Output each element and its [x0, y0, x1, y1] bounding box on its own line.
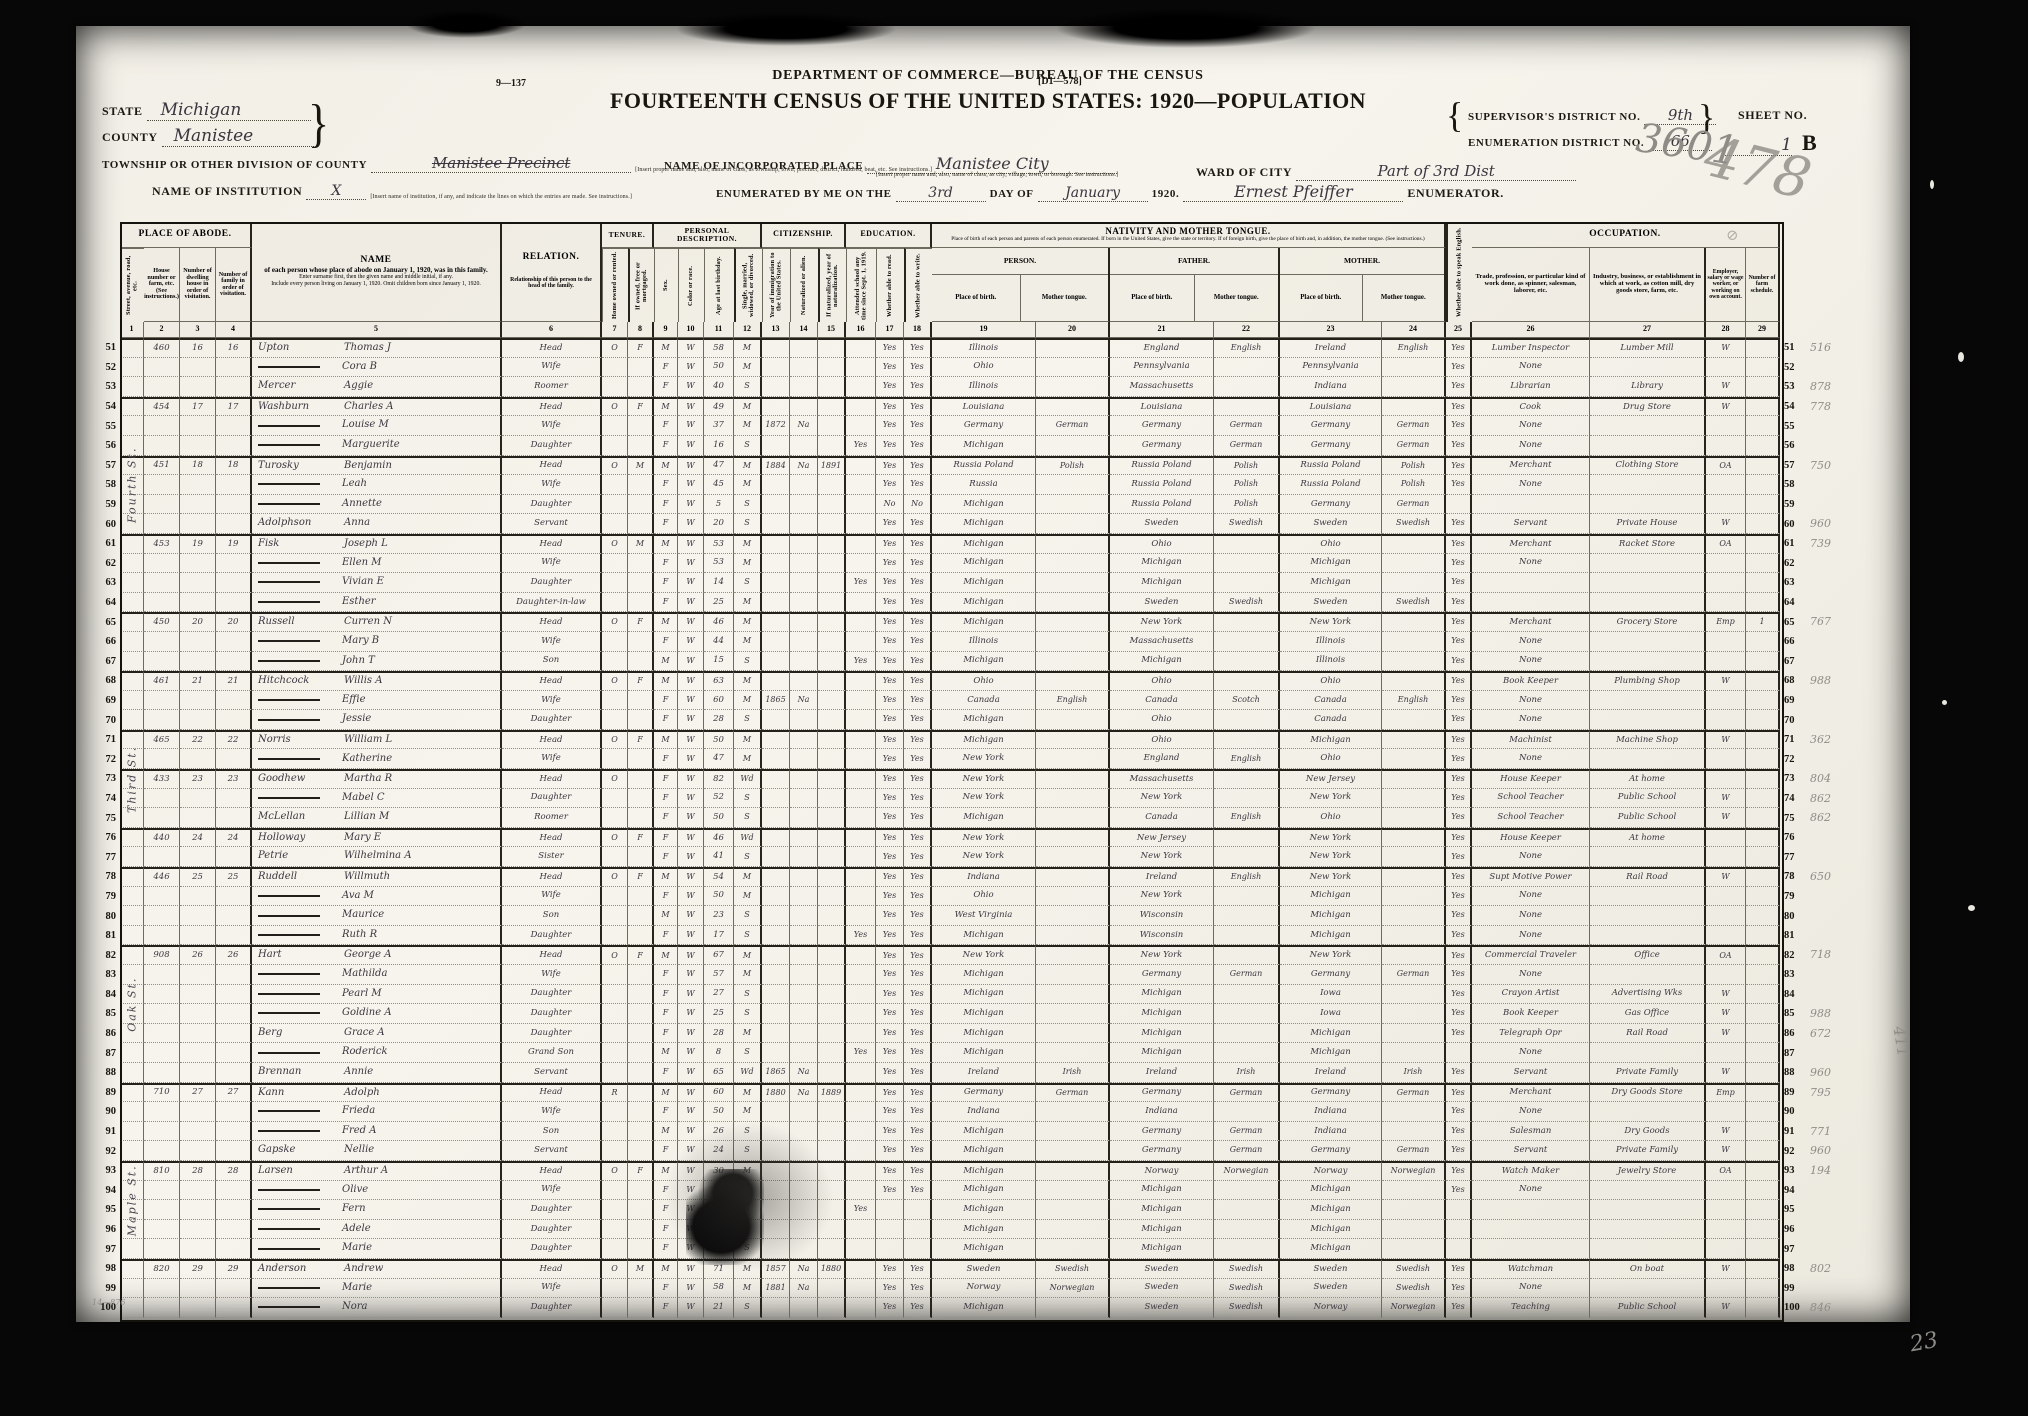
col-number-6: 6 — [502, 322, 602, 338]
cell-mortgage: M — [628, 534, 654, 554]
state-line: STATE Michigan — [102, 100, 311, 121]
cell-mortgage: F — [628, 671, 654, 691]
cell-employer-class: W — [1706, 1141, 1746, 1161]
cell-english: Yes — [1446, 397, 1472, 417]
cell-dwelling-number — [180, 1024, 216, 1044]
margin-pencil-number: 862 — [1806, 808, 1866, 828]
cell-read: Yes — [876, 456, 904, 476]
cell-school: Yes — [846, 573, 876, 593]
line-number-col-left — [96, 222, 120, 338]
cell-employer-class — [1706, 1200, 1746, 1220]
cell-nat-year — [818, 710, 846, 730]
cell-dwelling-number — [180, 475, 216, 495]
cell-mother-birthplace: Sweden — [1280, 514, 1382, 534]
line-number-left: 84 — [96, 985, 120, 1005]
cell-marital: S — [734, 789, 762, 809]
cell-marital: S — [734, 514, 762, 534]
cell-mortgage — [628, 926, 654, 946]
given-name: Annie — [344, 1067, 373, 1078]
cell-mother-tongue — [1036, 377, 1110, 397]
cell-mother-tongue — [1036, 1102, 1110, 1122]
cell-age: 16 — [704, 436, 734, 456]
cell-mother-birthplace: New Jersey — [1280, 769, 1382, 789]
ward-line: WARD OF CITY Part of 3rd Dist — [1196, 162, 1576, 181]
cell-mother-mtongue: Swedish — [1382, 1279, 1446, 1299]
cell-industry: Lumber Mill — [1590, 338, 1706, 358]
given-name: Mathilda — [342, 969, 387, 980]
cell-father-birthplace: Ireland — [1110, 867, 1214, 887]
cell-name: Annette — [252, 495, 502, 515]
film-speck — [1942, 700, 1947, 705]
cell-name: GapskeNellie — [252, 1141, 502, 1161]
cell-industry — [1590, 691, 1706, 711]
cell-mortgage: F — [628, 730, 654, 750]
cell-dwelling-number: 16 — [180, 338, 216, 358]
cell-employer-class — [1706, 1220, 1746, 1240]
cell-school — [846, 749, 876, 769]
cell-race: W — [678, 1298, 704, 1318]
cell-dwelling-number: 17 — [180, 397, 216, 417]
film-artifact — [406, 10, 526, 38]
cell-naturalized — [790, 377, 818, 397]
cell-school — [846, 514, 876, 534]
ditto-mark — [258, 601, 320, 603]
cell-english: Yes — [1446, 1279, 1472, 1299]
cell-mother-tongue — [1036, 749, 1110, 769]
group-nativity: NATIVITY AND MOTHER TONGUE. Place of bir… — [932, 222, 1446, 248]
margin-pencil-number — [1806, 965, 1866, 985]
cell-english: Yes — [1446, 593, 1472, 613]
cell-dwelling-number — [180, 906, 216, 926]
cell-school — [846, 495, 876, 515]
cell-family-number — [216, 1102, 252, 1122]
cell-english: Yes — [1446, 691, 1472, 711]
cell-relation: Wife — [502, 554, 602, 574]
cell-owned — [602, 436, 628, 456]
cell-mother-mtongue — [1382, 358, 1446, 378]
cell-farm-schedule: 1 — [1746, 612, 1780, 632]
cell-farm-schedule — [1746, 554, 1780, 574]
cell-nat-year — [818, 632, 846, 652]
cell-age: 40 — [704, 377, 734, 397]
cell-mortgage — [628, 1181, 654, 1201]
cell-name: Mathilda — [252, 965, 502, 985]
cell-dwelling-number — [180, 514, 216, 534]
cell-school — [846, 887, 876, 907]
cell-race: W — [678, 475, 704, 495]
cell-marital: M — [734, 554, 762, 574]
margin-pencil-number — [1806, 1102, 1866, 1122]
cell-dwelling-number: 20 — [180, 612, 216, 632]
cell-father-tongue: English — [1214, 808, 1280, 828]
cell-marital: M — [734, 397, 762, 417]
cell-family-number — [216, 1024, 252, 1044]
cell-mortgage — [628, 593, 654, 613]
cell-birthplace: Michigan — [932, 1004, 1036, 1024]
col-number-17: 17 — [876, 322, 904, 338]
line-number-left: 98 — [96, 1259, 120, 1279]
cell-name: Cora B — [252, 358, 502, 378]
cell-occupation — [1472, 593, 1590, 613]
cell-birthplace: Russia Poland — [932, 456, 1036, 476]
cell-read — [876, 1220, 904, 1240]
cell-read: Yes — [876, 475, 904, 495]
cell-english: Yes — [1446, 965, 1472, 985]
cell-house-number — [144, 808, 180, 828]
cell-family-number: 25 — [216, 867, 252, 887]
cell-mother-birthplace: New York — [1280, 612, 1382, 632]
cell-owned — [602, 691, 628, 711]
cell-name: Ruth R — [252, 926, 502, 946]
cell-farm-schedule — [1746, 475, 1780, 495]
cell-write — [904, 1239, 932, 1259]
cell-father-birthplace: England — [1110, 338, 1214, 358]
margin-pencil-number — [1806, 475, 1866, 495]
cell-write: Yes — [904, 1102, 932, 1122]
cell-dwelling-number: 18 — [180, 456, 216, 476]
cell-farm-schedule — [1746, 436, 1780, 456]
cell-birthplace: Canada — [932, 691, 1036, 711]
line-number-right: 85 — [1780, 1004, 1806, 1024]
cell-industry — [1590, 632, 1706, 652]
col-number-15: 15 — [818, 322, 846, 338]
enumerated-day: 3rd — [896, 185, 986, 202]
line-number-right: 93 — [1780, 1161, 1806, 1181]
cell-house-number — [144, 495, 180, 515]
cell-mother-mtongue — [1382, 906, 1446, 926]
enumerated-line: ENUMERATED BY ME ON THE 3rd DAY OF Janua… — [716, 182, 1504, 202]
cell-immigration — [762, 612, 790, 632]
cell-father-tongue — [1214, 1043, 1280, 1063]
cell-marital: S — [734, 985, 762, 1005]
line-number-left: 68 — [96, 671, 120, 691]
col-number-9: 9 — [654, 322, 678, 338]
cell-mother-tongue — [1036, 652, 1110, 672]
cell-mother-tongue — [1036, 671, 1110, 691]
cell-birthplace: Ohio — [932, 358, 1036, 378]
cell-family-number — [216, 1043, 252, 1063]
cell-mother-birthplace: New York — [1280, 945, 1382, 965]
enumerator-name: Ernest Pfeiffer — [1183, 182, 1403, 202]
line-number-left: 74 — [96, 789, 120, 809]
cell-mother-tongue — [1036, 1220, 1110, 1240]
cell-read: Yes — [876, 847, 904, 867]
cell-english: Yes — [1446, 338, 1472, 358]
cell-race: W — [678, 593, 704, 613]
cell-marital: Wd — [734, 769, 762, 789]
cell-read: Yes — [876, 1122, 904, 1142]
margin-pencil-number: 960 — [1806, 514, 1866, 534]
cell-race: W — [678, 867, 704, 887]
cell-relation: Daughter — [502, 985, 602, 1005]
cell-sex: F — [654, 1024, 678, 1044]
cell-father-tongue — [1214, 730, 1280, 750]
cell-sex: F — [654, 632, 678, 652]
line-number-left: 55 — [96, 416, 120, 436]
margin-pencil-number — [1806, 906, 1866, 926]
given-name: Marie — [342, 1283, 372, 1294]
line-number-left: 75 — [96, 808, 120, 828]
cell-birthplace: Sweden — [932, 1259, 1036, 1279]
cell-father-tongue — [1214, 1024, 1280, 1044]
cell-naturalized — [790, 789, 818, 809]
cell-birthplace: Michigan — [932, 1181, 1036, 1201]
cell-age: 82 — [704, 769, 734, 789]
cell-family-number: 16 — [216, 338, 252, 358]
header-relation: RELATION. Relationship of this person to… — [502, 222, 602, 322]
line-number-left: 73 — [96, 769, 120, 789]
cell-owned — [602, 1220, 628, 1240]
cell-nat-year — [818, 985, 846, 1005]
cell-school — [846, 1141, 876, 1161]
col-number-22: 22 — [1214, 322, 1280, 338]
cell-sex: F — [654, 808, 678, 828]
cell-nat-year — [818, 358, 846, 378]
line-number-left: 95 — [96, 1200, 120, 1220]
header-mother-pob: Place of birth. — [1280, 275, 1362, 321]
cell-industry: Dry Goods Store — [1590, 1083, 1706, 1103]
cell-father-tongue — [1214, 1220, 1280, 1240]
cell-employer-class — [1706, 416, 1746, 436]
margin-pencil-number: 516 — [1806, 338, 1866, 358]
cell-owned — [602, 1279, 628, 1299]
cell-immigration — [762, 632, 790, 652]
cell-house-number: 440 — [144, 828, 180, 848]
cell-farm-schedule — [1746, 397, 1780, 417]
cell-father-birthplace: Michigan — [1110, 1181, 1214, 1201]
cell-occupation: Librarian — [1472, 377, 1590, 397]
cell-dwelling-number — [180, 965, 216, 985]
cell-nat-year — [818, 965, 846, 985]
state-county-brace: } — [308, 93, 329, 154]
cell-owned — [602, 926, 628, 946]
cell-occupation: None — [1472, 632, 1590, 652]
cell-mother-mtongue — [1382, 749, 1446, 769]
margin-pencil-number — [1806, 593, 1866, 613]
cell-mother-mtongue: German — [1382, 965, 1446, 985]
cell-immigration — [762, 397, 790, 417]
sheet-label: SHEET NO. — [1738, 108, 1807, 123]
cell-name: Mabel C — [252, 789, 502, 809]
cell-marital: M — [734, 416, 762, 436]
cell-marital: M — [734, 965, 762, 985]
cell-read: Yes — [876, 554, 904, 574]
group-occupation: OCCUPATION. — [1472, 222, 1780, 248]
cell-mother-birthplace: Michigan — [1280, 1043, 1382, 1063]
cell-owned — [602, 358, 628, 378]
cell-owned — [602, 1102, 628, 1122]
cell-mortgage — [628, 1004, 654, 1024]
cell-owned — [602, 377, 628, 397]
margin-gutter — [1806, 222, 1866, 338]
cell-write: Yes — [904, 1181, 932, 1201]
cell-name: Olive — [252, 1181, 502, 1201]
cell-age: 27 — [704, 985, 734, 1005]
header-naturalized: Naturalized or alien. — [790, 248, 818, 322]
ditto-mark — [258, 1012, 320, 1014]
given-name: Pearl M — [342, 989, 382, 1000]
cell-dwelling-number: 21 — [180, 671, 216, 691]
cell-sex: M — [654, 652, 678, 672]
line-number-right: 51 — [1780, 338, 1806, 358]
cell-house-number — [144, 1102, 180, 1122]
cell-age: 50 — [704, 358, 734, 378]
cell-read: Yes — [876, 789, 904, 809]
cell-english — [1446, 1220, 1472, 1240]
cell-school — [846, 1220, 876, 1240]
line-number-left: 66 — [96, 632, 120, 652]
margin-pencil-number — [1806, 1220, 1866, 1240]
surname: Kann — [258, 1088, 344, 1099]
cell-relation: Wife — [502, 1102, 602, 1122]
ditto-mark — [258, 562, 320, 564]
cell-relation: Head — [502, 456, 602, 476]
cell-mortgage — [628, 906, 654, 926]
ditto-mark — [258, 993, 320, 995]
cell-mother-mtongue — [1382, 945, 1446, 965]
margin-pencil-number: 771 — [1806, 1122, 1866, 1142]
line-number-right: 100 — [1780, 1298, 1806, 1318]
cell-owned — [602, 652, 628, 672]
cell-dwelling-number — [180, 1181, 216, 1201]
cell-house-number — [144, 554, 180, 574]
cell-race: W — [678, 985, 704, 1005]
cell-relation: Roomer — [502, 808, 602, 828]
cell-race: W — [678, 632, 704, 652]
ditto-mark — [258, 1208, 320, 1210]
cell-name: Goldine A — [252, 1004, 502, 1024]
cell-race: W — [678, 612, 704, 632]
cell-birthplace: New York — [932, 847, 1036, 867]
cell-sex: M — [654, 730, 678, 750]
margin-pencil-number: 988 — [1806, 1004, 1866, 1024]
line-number-right: 91 — [1780, 1122, 1806, 1142]
line-number-right: 71 — [1780, 730, 1806, 750]
surname: Hart — [258, 950, 344, 961]
ditto-mark — [258, 581, 320, 583]
cell-house-number — [144, 691, 180, 711]
cell-read: Yes — [876, 1024, 904, 1044]
cell-english: Yes — [1446, 769, 1472, 789]
plate-code: [D1—578] — [1038, 76, 1082, 87]
cell-write: Yes — [904, 397, 932, 417]
cell-industry — [1590, 495, 1706, 515]
cell-mother-mtongue: German — [1382, 1141, 1446, 1161]
cell-relation: Servant — [502, 1063, 602, 1083]
cell-birthplace: Michigan — [932, 1239, 1036, 1259]
cell-school — [846, 1181, 876, 1201]
cell-occupation: None — [1472, 1279, 1590, 1299]
cell-mother-tongue — [1036, 926, 1110, 946]
cell-relation: Son — [502, 906, 602, 926]
surname: Norris — [258, 735, 344, 746]
cell-race: W — [678, 456, 704, 476]
cell-write: Yes — [904, 593, 932, 613]
cell-house-number — [144, 514, 180, 534]
cell-occupation: Merchant — [1472, 612, 1590, 632]
cell-farm-schedule — [1746, 1122, 1780, 1142]
cell-father-birthplace: England — [1110, 749, 1214, 769]
line-number-right: 79 — [1780, 887, 1806, 907]
cell-mother-mtongue: Swedish — [1382, 1259, 1446, 1279]
cell-nat-year — [818, 789, 846, 809]
cell-family-number — [216, 554, 252, 574]
cell-father-tongue: Norwegian — [1214, 1161, 1280, 1181]
header-person-pob: Place of birth. — [932, 275, 1020, 321]
cell-father-tongue: Swedish — [1214, 514, 1280, 534]
cell-age: 23 — [704, 906, 734, 926]
cell-english: Yes — [1446, 1181, 1472, 1201]
cell-dwelling-number — [180, 1220, 216, 1240]
cell-read: Yes — [876, 828, 904, 848]
cell-mortgage — [628, 1200, 654, 1220]
cell-house-number: 465 — [144, 730, 180, 750]
cell-naturalized — [790, 1024, 818, 1044]
cell-farm-schedule — [1746, 965, 1780, 985]
cell-naturalized — [790, 632, 818, 652]
line-number-right: 94 — [1780, 1181, 1806, 1201]
cell-house-number — [144, 652, 180, 672]
cell-race: W — [678, 847, 704, 867]
cell-father-birthplace: Germany — [1110, 436, 1214, 456]
margin-pencil-number: 846 — [1806, 1298, 1866, 1318]
cell-father-birthplace: Ohio — [1110, 710, 1214, 730]
cell-father-birthplace: Massachusetts — [1110, 769, 1214, 789]
cell-marital: S — [734, 1298, 762, 1318]
cell-father-birthplace: Sweden — [1110, 1298, 1214, 1318]
cell-relation: Head — [502, 1259, 602, 1279]
cell-read: Yes — [876, 1298, 904, 1318]
cell-family-number: 24 — [216, 828, 252, 848]
cell-father-birthplace: Michigan — [1110, 652, 1214, 672]
cell-mother-tongue — [1036, 1004, 1110, 1024]
cell-father-birthplace: Michigan — [1110, 1200, 1214, 1220]
cell-farm-schedule — [1746, 1083, 1780, 1103]
cell-family-number — [216, 1220, 252, 1240]
cell-birthplace: Michigan — [932, 554, 1036, 574]
cell-mortgage — [628, 436, 654, 456]
cell-mother-mtongue — [1382, 710, 1446, 730]
cell-father-tongue — [1214, 887, 1280, 907]
cell-occupation: Salesman — [1472, 1122, 1590, 1142]
cell-nat-year — [818, 867, 846, 887]
cell-employer-class: W — [1706, 338, 1746, 358]
cell-race: W — [678, 397, 704, 417]
cell-write — [904, 1200, 932, 1220]
cell-immigration — [762, 847, 790, 867]
cell-father-tongue — [1214, 1181, 1280, 1201]
col-number-2: 2 — [144, 322, 180, 338]
cell-mother-tongue: Swedish — [1036, 1259, 1110, 1279]
line-number-left: 67 — [96, 652, 120, 672]
cell-mother-mtongue — [1382, 789, 1446, 809]
cell-mother-tongue: Polish — [1036, 456, 1110, 476]
cell-occupation: Supt Motive Power — [1472, 867, 1590, 887]
cell-relation: Daughter — [502, 1220, 602, 1240]
cell-read: Yes — [876, 416, 904, 436]
cell-dwelling-number — [180, 358, 216, 378]
cell-relation: Daughter — [502, 789, 602, 809]
cell-dwelling-number — [180, 847, 216, 867]
header-father-pob: Place of birth. — [1110, 275, 1194, 321]
line-number-col-right — [1780, 222, 1806, 338]
cell-naturalized — [790, 867, 818, 887]
given-name: Fern — [342, 1204, 366, 1215]
header-father: FATHER. Place of birth.Mother tongue. — [1110, 248, 1280, 322]
cell-father-tongue — [1214, 534, 1280, 554]
cell-read — [876, 1239, 904, 1259]
cell-mother-tongue: Irish — [1036, 1063, 1110, 1083]
